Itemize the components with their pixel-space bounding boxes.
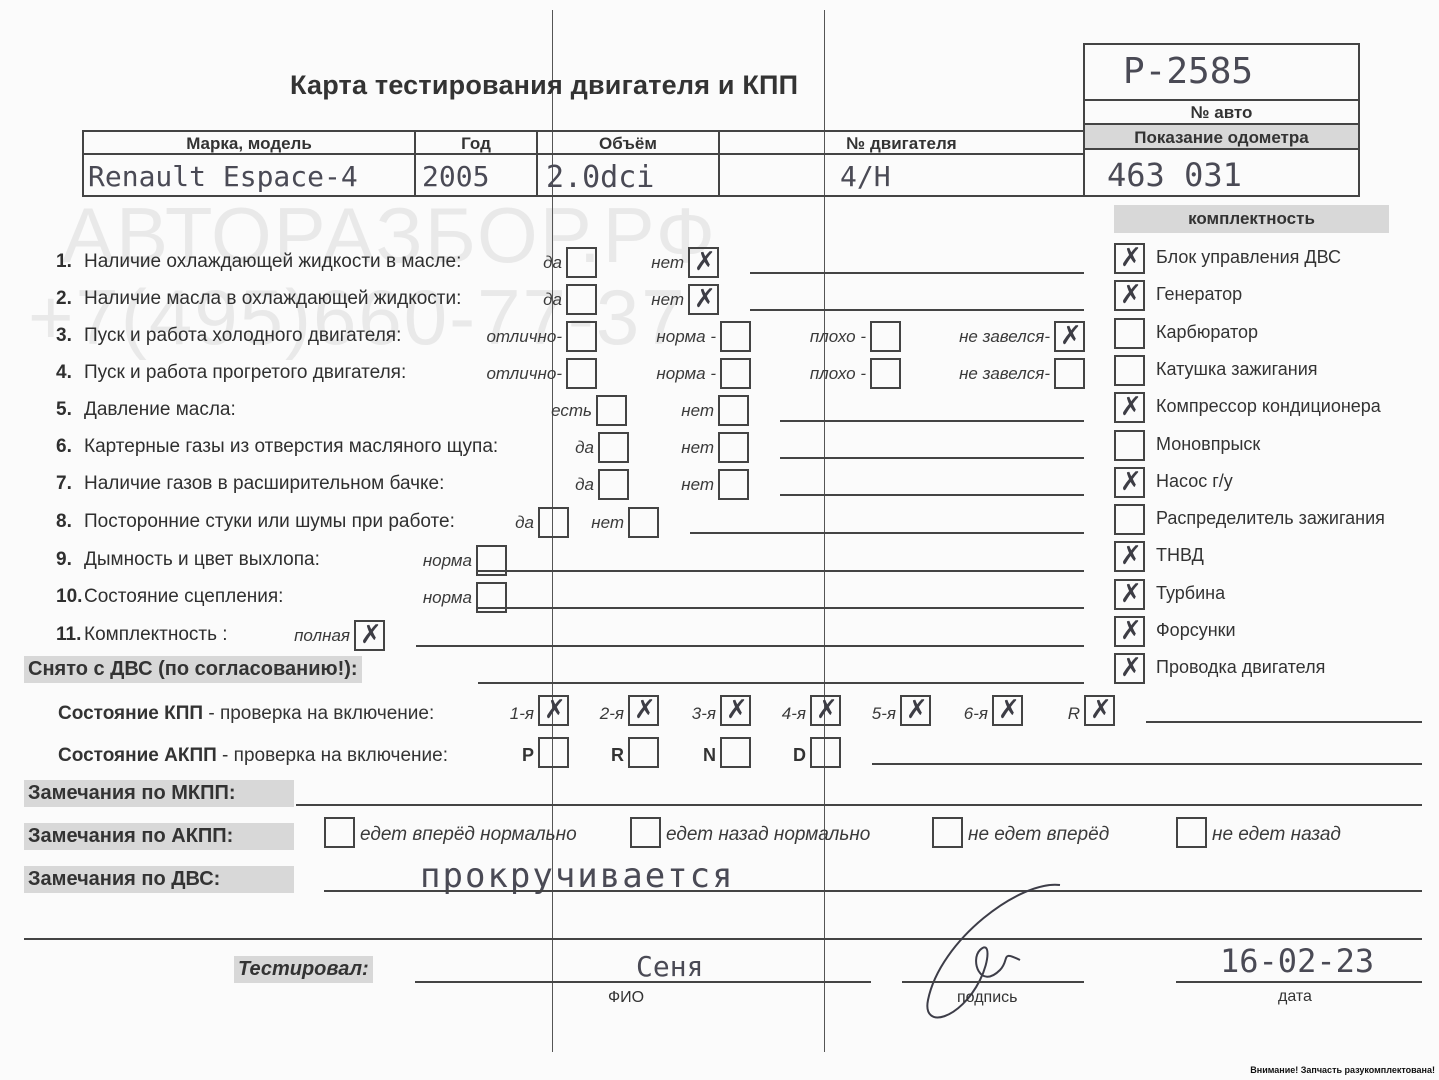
remarks-line (750, 272, 1084, 274)
option-checkbox[interactable] (596, 395, 627, 426)
completeness-label: Турбина (1156, 583, 1225, 604)
test-date: 16-02-23 (1220, 942, 1374, 980)
option-checkbox[interactable] (598, 469, 629, 500)
auto-number-label: № авто (1083, 99, 1360, 125)
signature-caption: подпись (957, 989, 1017, 1007)
date-line (1176, 981, 1422, 983)
volume-text: 2.0dci (546, 160, 654, 195)
question-label: Давление масла: (84, 399, 236, 420)
completeness-checkbox[interactable] (1114, 392, 1145, 423)
completeness-label: Моновпрыск (1156, 434, 1260, 455)
option-label: есть (551, 401, 592, 421)
engine-number-text: 4/H (840, 160, 891, 193)
completeness-checkbox[interactable] (1114, 280, 1145, 311)
question-text: 8.Посторонние стуки или шумы при работе: (56, 511, 455, 533)
remarks-extra-line (24, 938, 1422, 940)
question-number: 7. (56, 473, 84, 495)
option-label: норма - (656, 327, 716, 347)
question-label: Пуск и работа прогретого двигателя: (84, 362, 406, 383)
gear-checkbox[interactable] (810, 695, 841, 726)
remarks-line (416, 645, 1084, 647)
completeness-label: Компрессор кондиционера (1156, 396, 1381, 417)
tested-label: Тестировал: (234, 956, 373, 983)
question-text: 2.Наличие масла в охлаждающей жидкости: (56, 288, 461, 310)
make-model-text: Renault Espace-4 (88, 160, 358, 193)
option-label: да (575, 475, 594, 495)
question-label: Картерные газы из отверстия масляного щу… (84, 436, 498, 457)
question-text: 3.Пуск и работа холодного двигателя: (56, 325, 401, 347)
mode-label: R (611, 745, 624, 766)
option-label: нет (651, 290, 684, 310)
option-label: да (543, 290, 562, 310)
akpp-remark-label: не едет вперёд (968, 824, 1109, 846)
gear-label: 6-я (964, 704, 988, 724)
option-checkbox[interactable] (688, 284, 719, 315)
option-label: отлично- (486, 327, 562, 347)
completeness-checkbox[interactable] (1114, 318, 1145, 349)
remarks-line (690, 532, 1084, 534)
tester-name-line (415, 981, 871, 983)
question-label: Состояние сцепления: (84, 586, 283, 607)
remarks-line (780, 457, 1084, 459)
completeness-label: ТНВД (1156, 545, 1204, 566)
question-label: Комплектность : (84, 624, 228, 645)
option-checkbox[interactable] (718, 395, 749, 426)
option-checkbox[interactable] (870, 358, 901, 389)
completeness-checkbox[interactable] (1114, 504, 1145, 535)
remarks-line (780, 420, 1084, 422)
question-text: 4.Пуск и работа прогретого двигателя: (56, 362, 406, 384)
question-label: Наличие газов в расширительном бачке: (84, 473, 444, 494)
question-text: 11.Комплектность : (56, 624, 228, 646)
option-label: норма (423, 588, 472, 608)
question-number: 10. (56, 586, 84, 608)
option-label: нет (591, 513, 624, 533)
question-label: Наличие масла в охлаждающей жидкости: (84, 288, 461, 309)
question-number: 2. (56, 288, 84, 310)
gear-label: 4-я (782, 704, 806, 724)
option-label: да (543, 253, 562, 273)
completeness-checkbox[interactable] (1114, 579, 1145, 610)
question-number: 8. (56, 511, 84, 533)
date-caption: дата (1278, 988, 1312, 1006)
kpp-remarks-line (1146, 721, 1422, 723)
option-checkbox[interactable] (566, 321, 597, 352)
completeness-checkbox[interactable] (1114, 467, 1145, 498)
question-text: 1.Наличие охлаждающей жидкости в масле: (56, 251, 461, 273)
gear-label: 3-я (692, 704, 716, 724)
option-label: не завелся- (959, 327, 1050, 347)
option-label: отлично- (486, 364, 562, 384)
gear-checkbox[interactable] (628, 695, 659, 726)
option-checkbox[interactable] (688, 247, 719, 278)
col-header-volume: Объём (536, 130, 720, 155)
question-label: Наличие охлаждающей жидкости в масле: (84, 251, 461, 272)
remarks-mkpp-label: Замечания по МКПП: (24, 780, 294, 807)
col-header-engine-number: № двигателя (718, 130, 1085, 155)
completeness-checkbox[interactable] (1114, 430, 1145, 461)
option-label: плохо - (810, 364, 866, 384)
value-year: 2005 (414, 153, 538, 197)
akpp-remark-checkbox[interactable] (630, 817, 661, 848)
option-checkbox[interactable] (718, 432, 749, 463)
option-checkbox[interactable] (1054, 321, 1085, 352)
option-checkbox[interactable] (354, 620, 385, 651)
completeness-checkbox[interactable] (1114, 355, 1145, 386)
completeness-label: Распределитель зажигания (1156, 508, 1385, 529)
akpp-label: Состояние АКПП - проверка на включение: (58, 745, 448, 767)
option-checkbox[interactable] (870, 321, 901, 352)
footer-warning: Внимание! Запчасть разукомплектована! (1250, 1065, 1435, 1075)
option-label: да (575, 438, 594, 458)
remarks-line (476, 607, 1084, 609)
option-label: плохо - (810, 327, 866, 347)
completeness-label: Катушка зажигания (1156, 359, 1318, 380)
completeness-label: Блок управления ДВС (1156, 247, 1341, 268)
akpp-remark-checkbox[interactable] (932, 817, 963, 848)
gear-checkbox[interactable] (538, 695, 569, 726)
remarks-line (750, 309, 1084, 311)
auto-number-box: P-2585 (1083, 43, 1360, 101)
question-number: 11. (56, 624, 84, 646)
completeness-checkbox[interactable] (1114, 541, 1145, 572)
signature-icon (920, 880, 1070, 1030)
completeness-checkbox[interactable] (1114, 653, 1145, 684)
mode-checkbox[interactable] (538, 737, 569, 768)
completeness-checkbox[interactable] (1114, 616, 1145, 647)
mode-checkbox[interactable] (628, 737, 659, 768)
mode-checkbox[interactable] (810, 737, 841, 768)
question-text: 10.Состояние сцепления: (56, 586, 283, 608)
remarks-akpp-label: Замечания по АКПП: (24, 823, 294, 850)
question-number: 9. (56, 549, 84, 571)
removed-line (478, 682, 1084, 684)
completeness-label: Карбюратор (1156, 322, 1258, 343)
option-label: нет (681, 475, 714, 495)
signature-line (902, 981, 1084, 983)
remarks-line (476, 570, 1084, 572)
akpp-remark-checkbox[interactable] (1176, 817, 1207, 848)
question-label: Посторонние стуки или шумы при работе: (84, 511, 455, 532)
completeness-header: комплектность (1114, 205, 1389, 233)
remarks-mkpp-line (296, 804, 1422, 806)
page-title: Карта тестирования двигателя и КПП (290, 70, 798, 101)
completeness-label: Проводка двигателя (1156, 657, 1325, 678)
mode-label: P (522, 745, 534, 766)
tester-name: Сеня (636, 950, 703, 983)
value-volume: 2.0dci (536, 153, 720, 197)
mode-label: N (703, 745, 716, 766)
option-label: нет (681, 401, 714, 421)
akpp-remark-label: едет вперёд нормально (360, 824, 577, 846)
option-label: норма (423, 551, 472, 571)
question-label: Дымность и цвет выхлопа: (84, 549, 320, 570)
year-text: 2005 (422, 160, 489, 193)
option-checkbox[interactable] (1054, 358, 1085, 389)
question-number: 1. (56, 251, 84, 273)
mode-checkbox[interactable] (720, 737, 751, 768)
option-label: нет (651, 253, 684, 273)
question-number: 5. (56, 399, 84, 421)
option-checkbox[interactable] (538, 507, 569, 538)
option-label: норма - (656, 364, 716, 384)
odometer-text: 463 031 (1107, 156, 1242, 194)
option-checkbox[interactable] (566, 247, 597, 278)
kpp-label: Состояние КПП - проверка на включение: (58, 703, 434, 725)
question-number: 3. (56, 325, 84, 347)
akpp-remarks-line (872, 763, 1422, 765)
option-label: нет (681, 438, 714, 458)
gear-checkbox[interactable] (720, 695, 751, 726)
question-number: 4. (56, 362, 84, 384)
value-odometer: 463 031 (1083, 148, 1360, 197)
question-label: Пуск и работа холодного двигателя: (84, 325, 401, 346)
question-text: 6.Картерные газы из отверстия масляного … (56, 436, 498, 458)
value-engine-number: 4/H (718, 153, 1085, 197)
gear-label: 1-я (510, 704, 534, 724)
option-label: да (515, 513, 534, 533)
gear-label: 5-я (872, 704, 896, 724)
option-label: не завелся- (959, 364, 1050, 384)
remarks-dvs-label: Замечания по ДВС: (24, 866, 294, 893)
completeness-label: Насос г/у (1156, 471, 1233, 492)
col-header-odometer: Показание одометра (1083, 123, 1360, 150)
col-header-year: Год (414, 130, 538, 155)
option-checkbox[interactable] (566, 358, 597, 389)
option-checkbox[interactable] (718, 469, 749, 500)
col-header-make-model: Марка, модель (82, 130, 416, 155)
remarks-line (780, 494, 1084, 496)
option-checkbox[interactable] (720, 358, 751, 389)
akpp-remark-label: едет назад нормально (666, 824, 870, 846)
completeness-checkbox[interactable] (1114, 243, 1145, 274)
question-text: 5.Давление масла: (56, 399, 236, 421)
auto-number-value: P-2585 (1123, 51, 1253, 92)
name-caption: ФИО (608, 989, 644, 1007)
option-checkbox[interactable] (628, 507, 659, 538)
question-text: 7.Наличие газов в расширительном бачке: (56, 473, 444, 495)
gear-label: 2-я (600, 704, 624, 724)
gear-checkbox[interactable] (992, 695, 1023, 726)
option-label: полная (294, 626, 350, 646)
question-number: 6. (56, 436, 84, 458)
completeness-label: Генератор (1156, 284, 1242, 305)
akpp-remark-checkbox[interactable] (324, 817, 355, 848)
akpp-remark-label: не едет назад (1212, 824, 1341, 846)
option-checkbox[interactable] (720, 321, 751, 352)
gear-checkbox[interactable] (900, 695, 931, 726)
completeness-label: Форсунки (1156, 620, 1236, 641)
gear-label: R (1068, 704, 1080, 724)
remarks-dvs-line (324, 890, 1422, 892)
value-make-model: Renault Espace-4 (82, 153, 416, 197)
option-checkbox[interactable] (566, 284, 597, 315)
mode-label: D (793, 745, 806, 766)
gear-checkbox[interactable] (1084, 695, 1115, 726)
removed-label: Снято с ДВС (по согласованию!): (24, 656, 362, 683)
question-text: 9.Дымность и цвет выхлопа: (56, 549, 320, 571)
option-checkbox[interactable] (598, 432, 629, 463)
